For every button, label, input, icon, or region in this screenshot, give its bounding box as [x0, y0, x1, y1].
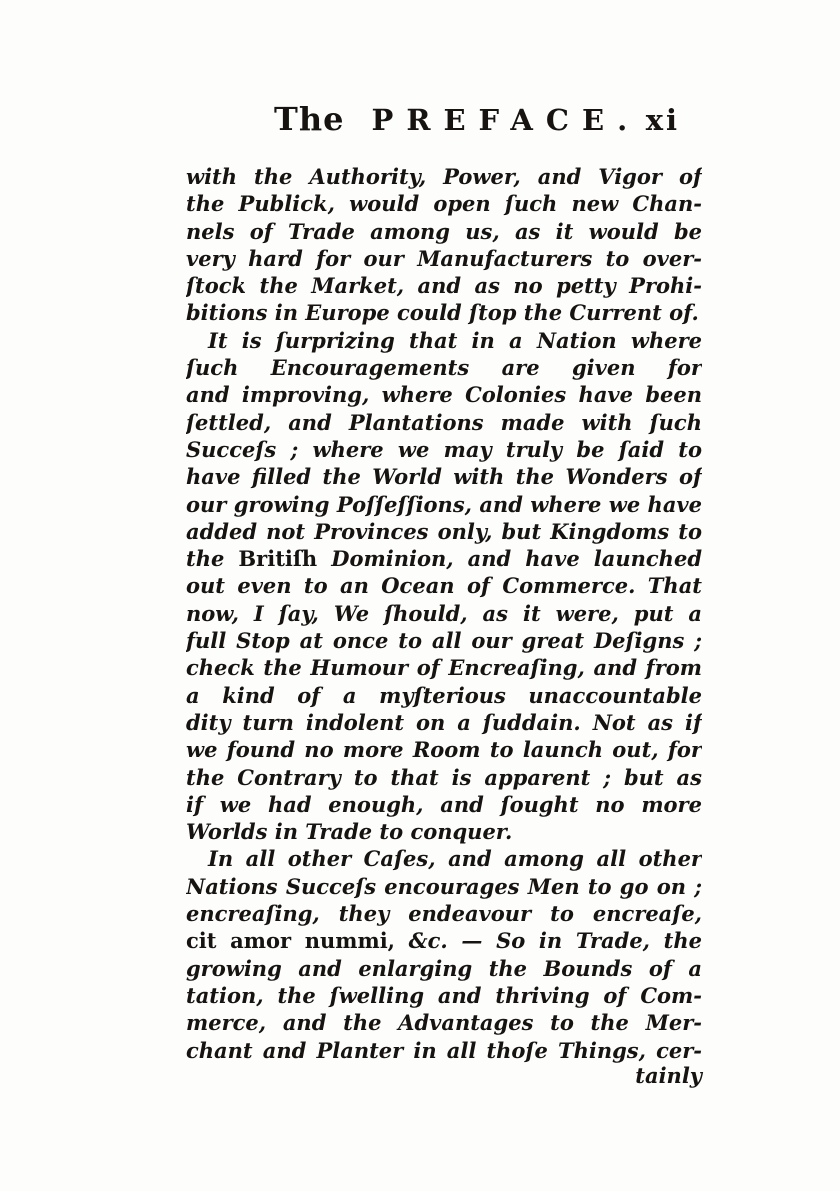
text-line: if we had enough, and ſought no more: [186, 791, 702, 818]
italic-text-segment: added not Provinces only, but Kingdoms t…: [186, 519, 702, 544]
text-line: with the Authority, Power, and Vigor of: [186, 163, 702, 190]
italic-text-segment: if we had enough, and ſought no more: [186, 792, 702, 817]
catchword: tainly: [186, 1062, 702, 1089]
running-head-the: The: [274, 100, 344, 138]
text-line: the Contrary to that is apparent ; but a…: [186, 764, 702, 791]
text-line: tation, the ſwelling and thriving of Com…: [186, 982, 702, 1009]
text-line: In all other Caſes, and among all other: [186, 845, 702, 872]
italic-text-segment: Succeſs ; where we may truly be ſaid to: [186, 437, 702, 462]
text-line: merce, and the Advantages to the Mer-: [186, 1009, 702, 1036]
italic-text-segment: nels of Trade among us, as it would be: [186, 219, 702, 244]
running-head: The PREFACE. xi: [186, 100, 702, 146]
text-line: Nations Succeſs encourages Men to go on …: [186, 873, 702, 900]
text-line: growing and enlarging the Bounds of a Pl…: [186, 955, 702, 982]
text-line: we found no more Room to launch out, for: [186, 736, 702, 763]
text-line: Succeſs ; where we may truly be ſaid to: [186, 436, 702, 463]
text-line: ſettled, and Plantations made with ſuch: [186, 409, 702, 436]
text-block: with the Authority, Power, and Vigor oft…: [186, 163, 702, 1064]
text-line: very hard for our Manufacturers to over-: [186, 245, 702, 272]
italic-text-segment: now, I ſay, We ſhould, as it were, put a: [186, 601, 702, 626]
page-number: xi: [646, 103, 680, 137]
text-line: now, I ſay, We ſhould, as it were, put a: [186, 600, 702, 627]
italic-text-segment: a kind of a myſterious unaccountable Stu…: [186, 683, 702, 709]
italic-text-segment: full Stop at once to all our great Deſig…: [186, 628, 702, 653]
italic-text-segment: the Publick, would open ſuch new Chan-: [186, 191, 702, 216]
italic-text-segment: ſuch Encouragements are given for planti…: [186, 355, 702, 381]
italic-text-segment: check the Humour of Encreaſing, and from: [186, 655, 702, 680]
text-line: and improving, where Colonies have been: [186, 381, 702, 408]
italic-text-segment: we found no more Room to launch out, for: [186, 737, 702, 762]
italic-text-segment: Dominion, and have launched: [317, 546, 702, 571]
italic-text-segment: &c. — So in Trade, the: [409, 928, 702, 953]
roman-text-segment: cit amor nummi,: [186, 928, 409, 953]
running-head-title: PREFACE.: [372, 103, 641, 137]
italic-text-segment: merce, and the Advantages to the Mer-: [186, 1010, 702, 1035]
text-line: encreaſing, they endeavour to encreaſe, …: [186, 900, 702, 927]
italic-text-segment: with the Authority, Power, and Vigor of: [186, 164, 702, 189]
italic-text-segment: tation, the ſwelling and thriving of Com…: [186, 983, 702, 1008]
italic-text-segment: out even to an Ocean of Commerce. That: [186, 573, 702, 598]
text-line: dity turn indolent on a ſuddain. Not as …: [186, 709, 702, 736]
text-line: ſuch Encouragements are given for planti…: [186, 354, 702, 381]
italic-text-segment: dity turn indolent on a ſuddain. Not as …: [186, 710, 702, 735]
italic-text-segment: It is ſurprizing that in a Nation where: [208, 328, 702, 353]
text-line: It is ſurprizing that in a Nation where: [186, 327, 702, 354]
text-line: the Publick, would open ſuch new Chan-: [186, 190, 702, 217]
text-line: full Stop at once to all our great Deſig…: [186, 627, 702, 654]
text-line: check the Humour of Encreaſing, and from: [186, 654, 702, 681]
italic-text-segment: encreaſing, they endeavour to encreaſe,: [186, 901, 702, 926]
italic-text-segment: In all other Caſes, and among all other: [208, 846, 702, 871]
text-line: out even to an Ocean of Commerce. That: [186, 572, 702, 599]
text-line: chant and Planter in all thoſe Things, c…: [186, 1037, 702, 1064]
italic-text-segment: Worlds in Trade to conquer.: [186, 819, 512, 844]
italic-text-segment: the: [186, 546, 238, 571]
text-line: our growing Poſſeſſions, and where we ha…: [186, 491, 702, 518]
italic-text-segment: and improving, where Colonies have been: [186, 382, 702, 407]
text-line: the Britiſh Dominion, and have launched: [186, 545, 702, 572]
text-line: Worlds in Trade to conquer.: [186, 818, 702, 845]
italic-text-segment: the Contrary to that is apparent ; but a…: [186, 765, 702, 790]
italic-text-segment: growing and enlarging the Bounds of a Pl…: [186, 956, 702, 982]
italic-text-segment: ſtock the Market, and as no petty Prohi-: [186, 273, 702, 298]
text-line: cit amor nummi, &c. — So in Trade, the: [186, 927, 702, 954]
italic-text-segment: have filled the World with the Wonders o…: [186, 464, 702, 489]
text-line: added not Provinces only, but Kingdoms t…: [186, 518, 702, 545]
text-line: a kind of a myſterious unaccountable Stu…: [186, 682, 702, 709]
book-page: The PREFACE. xi with the Authority, Powe…: [0, 0, 840, 1191]
italic-text-segment: very hard for our Manufacturers to over-: [186, 246, 702, 271]
italic-text-segment: bitions in Europe could ſtop the Current…: [186, 300, 699, 325]
roman-text-segment: Britiſh: [238, 546, 317, 571]
italic-text-segment: ſettled, and Plantations made with ſuch: [186, 410, 702, 435]
text-line: nels of Trade among us, as it would be: [186, 218, 702, 245]
italic-text-segment: Nations Succeſs encourages Men to go on …: [186, 874, 702, 899]
text-line: bitions in Europe could ſtop the Current…: [186, 299, 702, 326]
italic-text-segment: chant and Planter in all thoſe Things, c…: [186, 1038, 702, 1063]
text-line: ſtock the Market, and as no petty Prohi-: [186, 272, 702, 299]
italic-text-segment: our growing Poſſeſſions, and where we ha…: [186, 492, 702, 517]
text-line: have filled the World with the Wonders o…: [186, 463, 702, 490]
